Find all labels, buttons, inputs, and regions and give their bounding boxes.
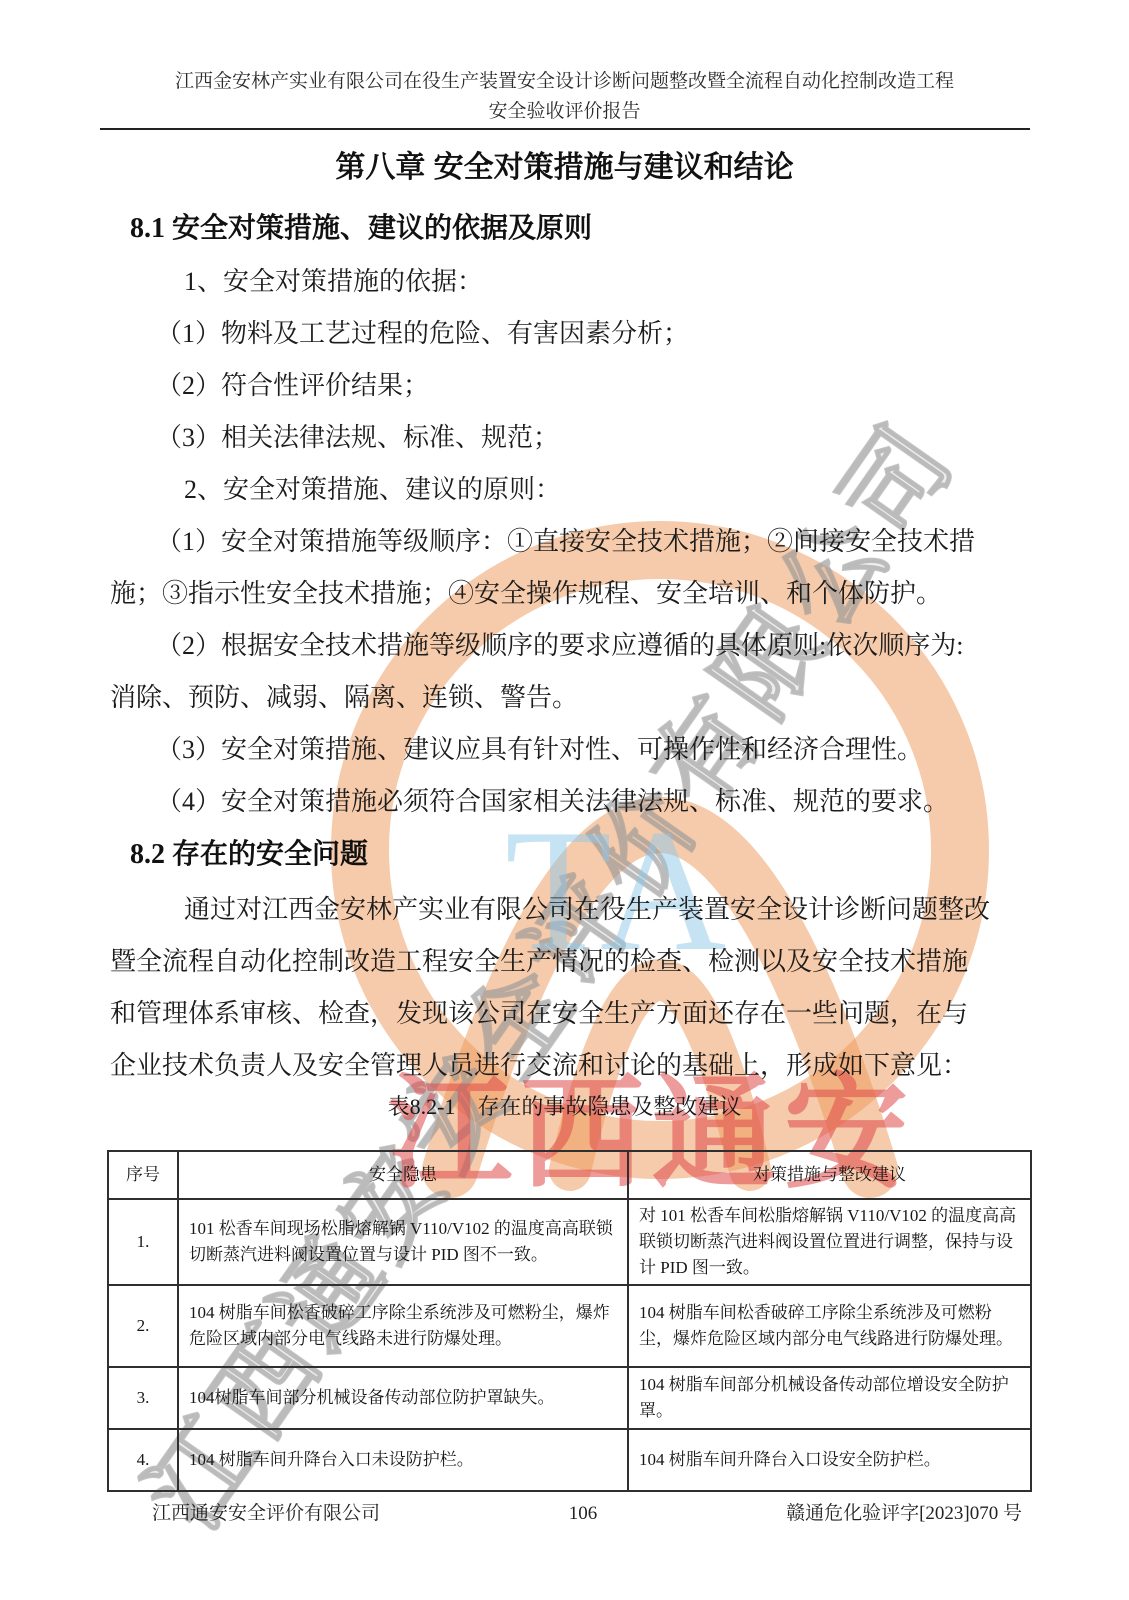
chapter-title: 第八章 安全对策措施与建议和结论 xyxy=(0,142,1129,186)
page-content: 江西金安林产实业有限公司在役生产装置安全设计诊断问题整改暨全流程自动化控制改造工… xyxy=(0,0,1129,1600)
body-line: （3）相关法律法规、标准、规范； xyxy=(110,412,1020,464)
section-8-2-body: 通过对江西金安林产实业有限公司在役生产装置安全设计诊断问题整改 暨全流程自动化控… xyxy=(110,884,1020,1092)
table-row: 4. 104 树脂车间升降台入口未设防护栏。 104 树脂车间升降台入口设安全防… xyxy=(108,1429,1031,1491)
body-line: 施；③指示性安全技术措施；④安全操作规程、安全培训、和个体防护。 xyxy=(110,568,1020,620)
body-line: 暨全流程自动化控制改造工程安全生产情况的检查、检测以及安全技术措施 xyxy=(110,936,1020,988)
col-header-measure: 对策措施与整改建议 xyxy=(628,1151,1031,1199)
footer-doc-number: 赣通危化验评字[2023]070 号 xyxy=(786,1498,1022,1525)
table-row: 3. 104树脂车间部分机械设备传动部位防护罩缺失。 104 树脂车间部分机械设… xyxy=(108,1367,1031,1429)
table-row: 2. 104 树脂车间松香破碎工序除尘系统涉及可燃粉尘，爆炸危险区域内部分电气线… xyxy=(108,1285,1031,1367)
row-no: 2. xyxy=(108,1285,178,1367)
row-no: 1. xyxy=(108,1199,178,1285)
body-line: 消除、预防、减弱、隔离、连锁、警告。 xyxy=(110,672,1020,724)
row-measure: 104 树脂车间升降台入口设安全防护栏。 xyxy=(628,1429,1031,1491)
table-row: 1. 101 松香车间现场松脂熔解锅 V110/V102 的温度高高联锁切断蒸汽… xyxy=(108,1199,1031,1285)
page-footer: 江西通安安全评价有限公司 106 赣通危化验评字[2023]070 号 xyxy=(110,1498,1022,1525)
body-line: 1、安全对策措施的依据： xyxy=(110,256,1020,308)
body-line: 通过对江西金安林产实业有限公司在役生产装置安全设计诊断问题整改 xyxy=(110,884,1020,936)
body-line: （4）安全对策措施必须符合国家相关法律法规、标准、规范的要求。 xyxy=(110,776,1020,828)
section-8-2-heading: 8.2 存在的安全问题 xyxy=(130,832,368,872)
row-hazard: 101 松香车间现场松脂熔解锅 V110/V102 的温度高高联锁切断蒸汽进料阀… xyxy=(178,1199,628,1285)
footer-page-number: 106 xyxy=(569,1503,598,1525)
header-divider xyxy=(100,128,1030,130)
body-line: （2）符合性评价结果； xyxy=(110,360,1020,412)
body-line: （3）安全对策措施、建议应具有针对性、可操作性和经济合理性。 xyxy=(110,724,1020,776)
page-header-line1: 江西金安林产实业有限公司在役生产装置安全设计诊断问题整改暨全流程自动化控制改造工… xyxy=(0,66,1129,93)
table-caption: 表8.2-1 存在的事故隐患及整改建议 xyxy=(0,1090,1129,1121)
body-line: 2、安全对策措施、建议的原则： xyxy=(110,464,1020,516)
body-line: 和管理体系审核、检查，发现该公司在安全生产方面还存在一些问题，在与 xyxy=(110,988,1020,1040)
section-8-1-body: 1、安全对策措施的依据： （1）物料及工艺过程的危险、有害因素分析； （2）符合… xyxy=(110,256,1020,828)
col-header-hazard: 安全隐患 xyxy=(178,1151,628,1199)
body-line: （2）根据安全技术措施等级顺序的要求应遵循的具体原则:依次顺序为: xyxy=(110,620,1020,672)
row-no: 4. xyxy=(108,1429,178,1491)
row-measure: 104 树脂车间松香破碎工序除尘系统涉及可燃粉尘，爆炸危险区域内部分电气线路进行… xyxy=(628,1285,1031,1367)
row-measure: 104 树脂车间部分机械设备传动部位增设安全防护罩。 xyxy=(628,1367,1031,1429)
row-measure: 对 101 松香车间松脂熔解锅 V110/V102 的温度高高联锁切断蒸汽进料阀… xyxy=(628,1199,1031,1285)
row-hazard: 104树脂车间部分机械设备传动部位防护罩缺失。 xyxy=(178,1367,628,1429)
body-line: （1）安全对策措施等级顺序：①直接安全技术措施；②间接安全技术措 xyxy=(110,516,1020,568)
body-line: （1）物料及工艺过程的危险、有害因素分析； xyxy=(110,308,1020,360)
footer-company: 江西通安安全评价有限公司 xyxy=(110,1498,380,1525)
report-page: { "header": { "line1": "江西金安林产实业有限公司在役生产… xyxy=(0,0,1129,1600)
hazard-table: 序号 安全隐患 对策措施与整改建议 1. 101 松香车间现场松脂熔解锅 V11… xyxy=(107,1150,1032,1492)
page-header-line2: 安全验收评价报告 xyxy=(0,96,1129,123)
row-no: 3. xyxy=(108,1367,178,1429)
section-8-1-heading: 8.1 安全对策措施、建议的依据及原则 xyxy=(130,206,592,246)
row-hazard: 104 树脂车间松香破碎工序除尘系统涉及可燃粉尘，爆炸危险区域内部分电气线路未进… xyxy=(178,1285,628,1367)
row-hazard: 104 树脂车间升降台入口未设防护栏。 xyxy=(178,1429,628,1491)
col-header-no: 序号 xyxy=(108,1151,178,1199)
body-line: 企业技术负责人及安全管理人员进行交流和讨论的基础上，形成如下意见： xyxy=(110,1040,1020,1092)
table-header-row: 序号 安全隐患 对策措施与整改建议 xyxy=(108,1151,1031,1199)
